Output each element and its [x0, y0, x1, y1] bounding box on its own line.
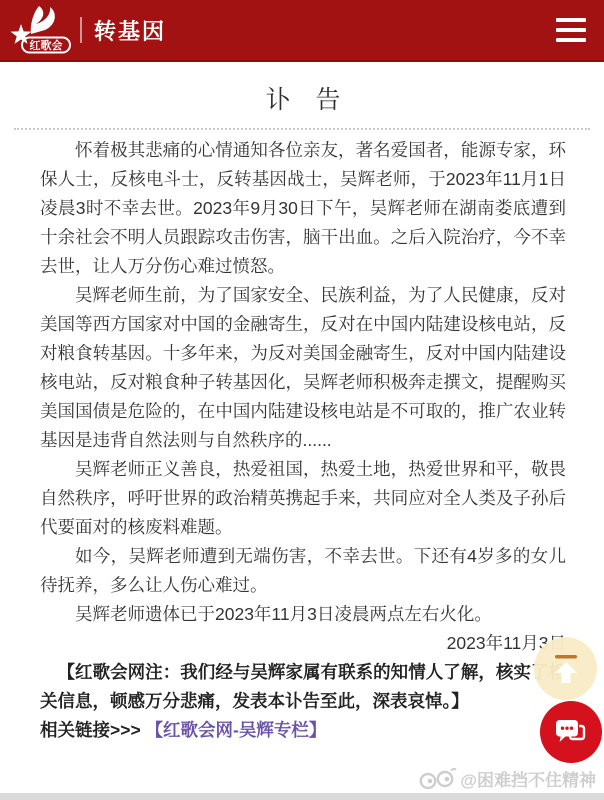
comment-button[interactable]	[540, 701, 602, 763]
wuhui-column-link[interactable]: 【红歌会网-吴辉专栏】	[146, 720, 327, 740]
category-title: 转基因	[94, 15, 166, 46]
up-arrow-icon	[552, 653, 580, 685]
weibo-watermark: @困难挡不住精神	[419, 766, 596, 791]
watermark-text: @困难挡不住精神	[460, 766, 596, 791]
hamburger-menu-icon[interactable]	[556, 18, 586, 42]
article-date: 2023年11月3日	[40, 629, 566, 658]
comment-bubbles-icon	[554, 717, 588, 747]
header-bar: 红歌会 转基因	[0, 0, 604, 62]
svg-text:红歌会: 红歌会	[30, 38, 63, 52]
article-content: 讣 告 怀着极其悲痛的心情通知各位亲友，著名爱国者，能源专家，环保人士，反核电斗…	[0, 62, 604, 745]
editor-note: 【红歌会网注：我们经与吴辉家属有联系的知情人了解，核实了相关信息，顿感万分悲痛，…	[40, 658, 566, 716]
article-paragraph: 如今，吴辉老师遭到无端伤害，不幸去世。下还有4岁多的女儿待抚养，多么让人伤心难过…	[40, 542, 566, 600]
weibo-eyes-icon	[419, 768, 457, 790]
article-title: 讣 告	[40, 82, 566, 118]
header-divider	[80, 17, 82, 43]
article-paragraph: 吴辉老师生前，为了国家安全、民族利益，为了人民健康，反对美国等西方国家对中国的金…	[40, 281, 566, 455]
title-separator	[14, 128, 590, 130]
article-paragraph: 怀着极其悲痛的心情通知各位亲友，著名爱国者，能源专家，环保人士，反核电斗士，反转…	[40, 136, 566, 281]
article-paragraph: 吴辉老师正义善良，热爱祖国，热爱土地，热爱世界和平，敬畏自然秩序，呼吁世界的政治…	[40, 455, 566, 542]
related-links-line: 相关链接>>> 【红歌会网-吴辉专栏】	[40, 716, 566, 745]
site-logo[interactable]: 红歌会	[8, 4, 74, 56]
bottom-edge-strip	[0, 793, 604, 800]
article-paragraph: 吴辉老师遗体已于2023年11月3日凌晨两点左右火化。	[40, 600, 566, 629]
red-song-society-logo-icon: 红歌会	[9, 5, 73, 55]
related-links-label: 相关链接>>>	[40, 720, 141, 740]
back-to-top-button[interactable]	[534, 637, 597, 700]
